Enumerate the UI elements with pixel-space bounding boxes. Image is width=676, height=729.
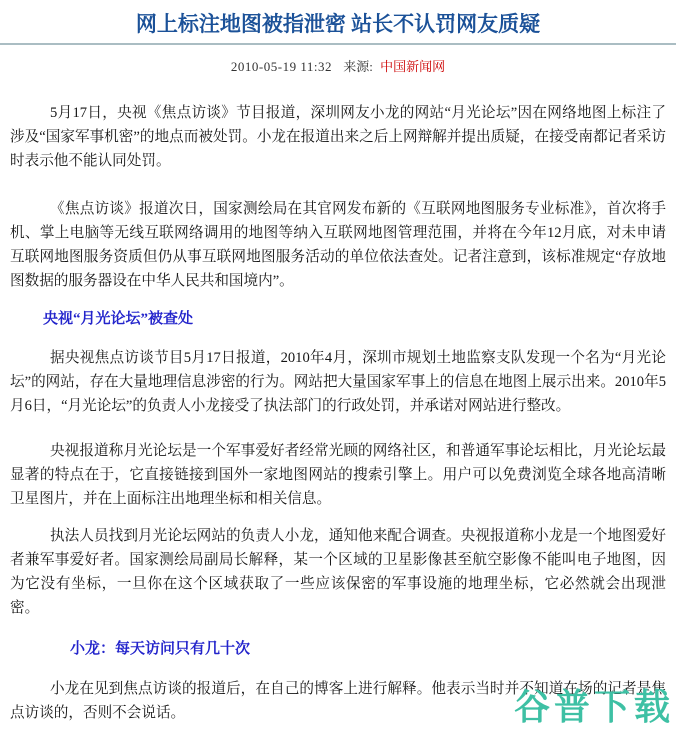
- article-body: 5月17日，央视《焦点访谈》节目报道，深圳网友小龙的网站“月光论坛”因在网络地图…: [0, 101, 676, 725]
- paragraph-intro-1: 5月17日，央视《焦点访谈》节目报道，深圳网友小龙的网站“月光论坛”因在网络地图…: [10, 101, 666, 173]
- section-heading-cctv-probe: 央视“月光论坛”被查处: [10, 309, 666, 329]
- paragraph-section1-2: 央视报道称月光论坛是一个军事爱好者经常光顾的网络社区，和普通军事论坛相比，月光论…: [10, 439, 666, 511]
- article-meta: 2010-05-19 11:32 来源: 中国新闻网: [0, 56, 676, 73]
- page-title: 网上标注地图被指泄密 站长不认罚网友质疑: [0, 0, 676, 38]
- source-label: 来源:: [343, 59, 373, 74]
- gupu-download-watermark[interactable]: 谷普下载: [514, 690, 674, 726]
- source-link[interactable]: 中国新闻网: [380, 59, 445, 74]
- paragraph-section1-3: 执法人员找到月光论坛网站的负责人小龙，通知他来配合调查。央视报道称小龙是一个地图…: [10, 524, 666, 620]
- paragraph-section1-1: 据央视焦点访谈节目5月17日报道，2010年4月，深圳市规划土地监察支队发现一个…: [10, 346, 666, 418]
- section-heading-xiaolong-visits: 小龙：每天访问只有几十次: [10, 639, 666, 659]
- divider: [0, 43, 676, 45]
- publish-date: 2010-05-19 11:32: [231, 59, 332, 74]
- paragraph-intro-2: 《焦点访谈》报道次日，国家测绘局在其官网发布新的《互联网地图服务专业标准》，首次…: [10, 197, 666, 293]
- article-page: 网上标注地图被指泄密 站长不认罚网友质疑 2010-05-19 11:32 来源…: [0, 0, 676, 725]
